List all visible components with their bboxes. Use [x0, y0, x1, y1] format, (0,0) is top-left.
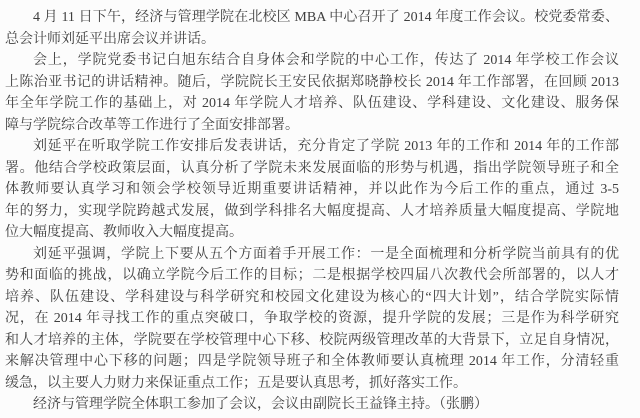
article-line: 况，在 2014 年寻找工作的重点突破口，争取学校的资源，提升学院的发展；三是作… [5, 308, 619, 330]
article-line: 和人才培养的主体，学院要在学校管理中心下移、校院两级管理改革的大背景下，立足自身… [5, 330, 619, 352]
article-line: 4 月 11 日下午，经济与管理学院在北校区 MBA 中心召开了 2014 年度… [5, 7, 619, 29]
article-line: 刘延平在听取学院工作安排后发表讲话，充分肯定了学院 2013 年的工作和 201… [5, 136, 619, 158]
article-line: 势和面临的挑战，以确立学院今后工作的目标；二是根据学校四届八次教代会所部署的，以… [5, 265, 619, 287]
paragraph: 4 月 11 日下午，经济与管理学院在北校区 MBA 中心召开了 2014 年度… [5, 7, 619, 50]
article-line: 上陈治亚书记的讲话精神。随后，学院院长王安民依据郑晓静校长 2014 年工作部署… [5, 72, 619, 94]
article-line: 总会计师刘延平出席会议并讲话。 [5, 29, 619, 51]
paragraph: 刘延平在听取学院工作安排后发表讲话，充分肯定了学院 2013 年的工作和 201… [5, 136, 619, 244]
article-line: 署。他结合学校政策层面，认真分析了学院未来发展面临的形势与机遇，指出学院领导班子… [5, 158, 619, 180]
article-line: 年的努力，实现学院跨越式发展，做到学科排名大幅度提高、人才培养质量大幅度提高、学… [5, 201, 619, 223]
paragraph: 经济与管理学院全体职工参加了会议，会议由副院长王益锋主持。（张鹏） [5, 394, 619, 416]
article-line: 缓急，以主要人力财力来保证重点工作；五是要认真思考，抓好落实工作。 [5, 373, 619, 395]
article-body: 4 月 11 日下午，经济与管理学院在北校区 MBA 中心召开了 2014 年度… [0, 0, 640, 418]
article-line: 会上，学院党委书记白旭东结合自身体会和学院的中心工作，传达了 2014 年学校工… [5, 50, 619, 72]
article-line: 障与学院综合改革等工作进行了全面安排部署。 [5, 115, 619, 137]
article-line: 刘延平强调，学院上下要从五个方面着手开展工作：一是全面梳理和分析学院当前具有的优 [5, 244, 619, 266]
article-line: 位大幅度提高、教师收入大幅度提高。 [5, 222, 619, 244]
article-line: 经济与管理学院全体职工参加了会议，会议由副院长王益锋主持。（张鹏） [5, 394, 619, 416]
paragraph: 刘延平强调，学院上下要从五个方面着手开展工作：一是全面梳理和分析学院当前具有的优… [5, 244, 619, 395]
article-line: 来解决管理中心下移的问题；四是学院领导班子和全体教师要认真梳理 2014 年工作… [5, 351, 619, 373]
article-line: 体教师要认真学习和领会学校领导近期重要讲话精神，并以此作为今后工作的重点，通过 … [5, 179, 619, 201]
article-line: 培养、队伍建设、学科建设与科学研究和校园文化建设为核心的“四大计划”，结合学院实… [5, 287, 619, 309]
paragraph: 会上，学院党委书记白旭东结合自身体会和学院的中心工作，传达了 2014 年学校工… [5, 50, 619, 136]
article-line: 年全年学院工作的基础上，对 2014 年学院人才培养、队伍建设、学科建设、文化建… [5, 93, 619, 115]
